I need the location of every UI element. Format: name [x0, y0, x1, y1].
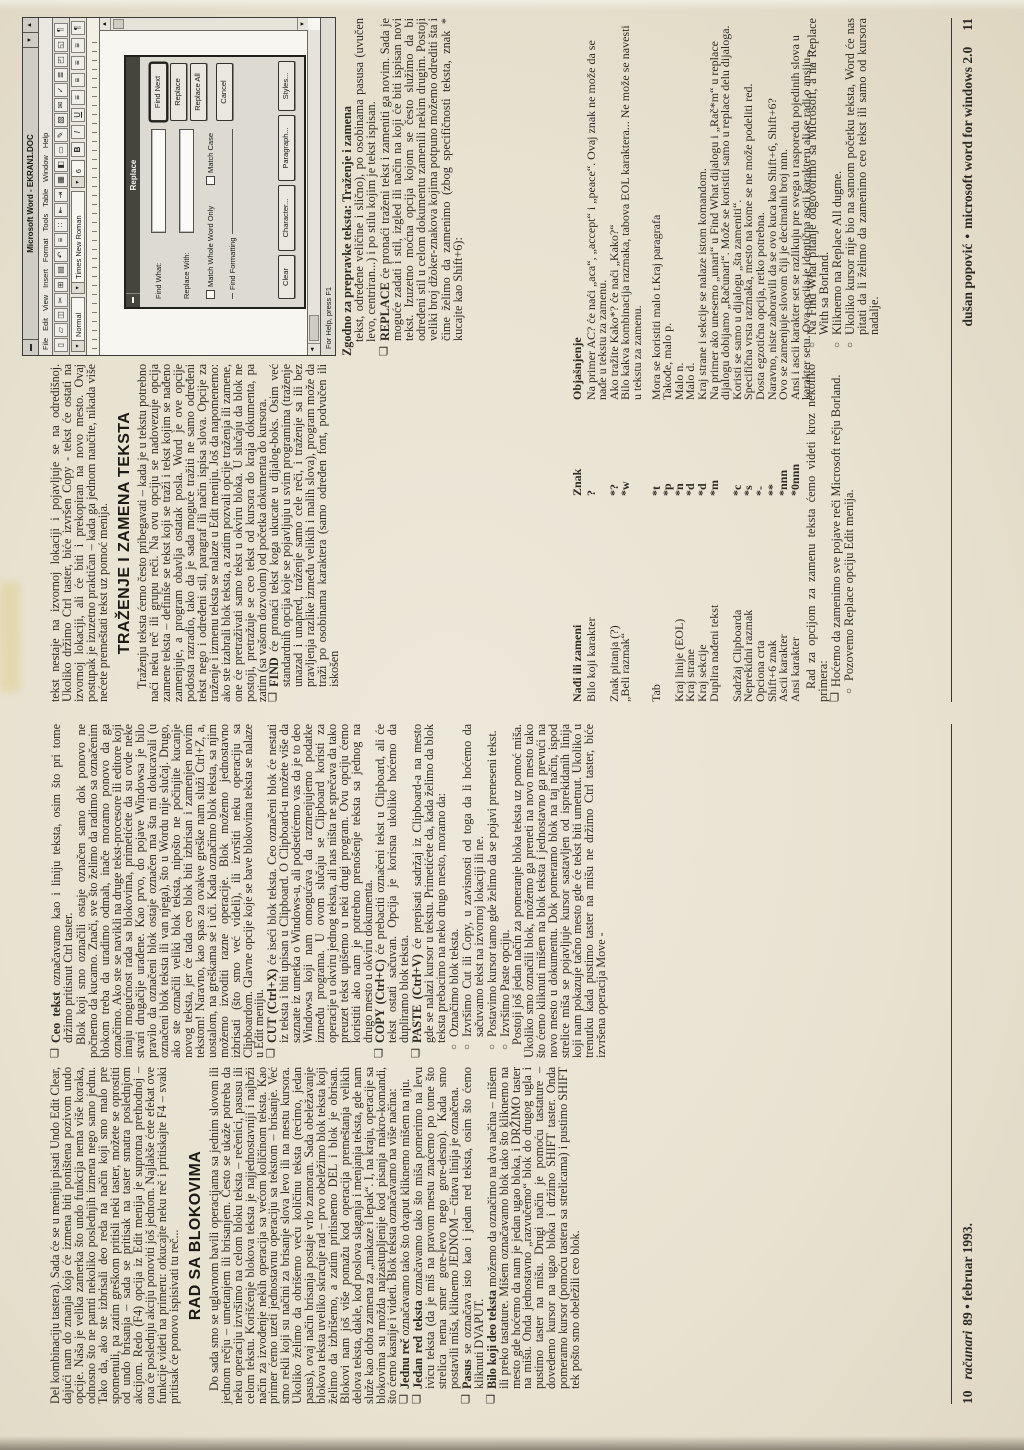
- page-number: 10: [960, 1391, 975, 1405]
- dropdown-arrow-icon[interactable]: ▾: [72, 282, 84, 293]
- graph-icon[interactable]: ▧: [54, 113, 68, 127]
- cell-desc: Bilo kakva kombinacija razmaka, tabova E…: [620, 18, 643, 400]
- numbered-list-icon[interactable]: ≡: [54, 233, 68, 247]
- square-bullet-icon: ❏: [412, 1394, 424, 1404]
- list-item-text: označavamo tako što dvaput kliknemo miše…: [398, 1079, 412, 1336]
- page11-column-1: tekst nestaje na izvornoj lokaciji i poj…: [50, 364, 342, 702]
- menu-help[interactable]: Help: [41, 133, 50, 148]
- window-title-bar: Microsoft Word - EKRAN1.DOC ▼ ▲: [23, 18, 39, 355]
- page10-footer: 10računari89 • februar 1993.: [960, 724, 976, 1404]
- document-area: Replace Find What: Replace With: Match W…: [100, 18, 320, 355]
- replace-dialog: Replace Find What: Replace With: Match W…: [124, 55, 306, 309]
- article-title: microsoft word for windows 2.0: [960, 47, 975, 229]
- bold-button[interactable]: B: [71, 142, 85, 156]
- ribbon-bar: ▾ Normal ▾ Times New Roman ▾ 6 B I U ≡ ≡…: [70, 18, 87, 355]
- step-item: ○ Ukoliko kursor nije bio na samom počet…: [845, 18, 881, 348]
- spelling-icon[interactable]: ✓: [54, 83, 68, 97]
- zoom-100-icon[interactable]: ◰: [54, 53, 68, 67]
- character-button[interactable]: Character...: [278, 185, 295, 251]
- list-item-find: ❏ FIND će pronaći tekst koga ukucate u d…: [269, 364, 340, 702]
- list-item-text: će pronaći tekst koga ukucate u dijalog-…: [267, 364, 341, 687]
- square-bullet-icon: ❏: [374, 1048, 386, 1058]
- underline-button[interactable]: U: [71, 108, 85, 122]
- find-next-button[interactable]: Find Next: [150, 63, 167, 121]
- cell-znak: *c: [732, 404, 744, 496]
- section-heading-trazenje-i-zamena: TRAŽENJE I ZAMENA TEKSTA: [119, 364, 131, 702]
- undo-icon[interactable]: ↶: [54, 248, 68, 262]
- list-item: ❏ Ceo tekst označavamo kao i liniju teks…: [51, 724, 75, 1058]
- section-heading-rad-sa-blokovima: RAD SA BLOKOVIMA: [190, 1067, 202, 1404]
- group-line: [232, 129, 233, 234]
- list-item-cut: ❏ CUT (Ctrl+X) će iseći blok teksta. Ceo…: [267, 724, 374, 1058]
- table-header-row: Nađi ili zameni Znak Objašnjenje: [572, 18, 584, 702]
- style-dropdown[interactable]: ▾ Normal: [71, 297, 85, 352]
- scroll-up-icon[interactable]: ▲: [100, 18, 111, 30]
- align-center-icon[interactable]: ≡: [71, 73, 85, 87]
- cell-desc: Na primer AC? će naći „aca“, „accept“ i …: [586, 18, 609, 400]
- paragraph: tekst nestaje na izvornoj lokaciji i poj…: [50, 364, 110, 702]
- ruler: [87, 18, 100, 355]
- font-size-dropdown[interactable]: ▾ 6: [71, 160, 85, 189]
- step-text: Postavimo kursor tamo gde želimo da se p…: [485, 730, 499, 1037]
- scroll-down-icon[interactable]: ▼: [297, 18, 308, 30]
- footer-rule-page11: [951, 18, 952, 702]
- ruler-ticks: [92, 34, 97, 349]
- table-row: Kraj linije (EOL)*nMalo n.: [674, 18, 686, 702]
- paragraph: Blok koji smo označili ostaje označen sa…: [76, 724, 267, 1058]
- cell-znak: *s: [743, 404, 755, 496]
- match-whole-word-checkbox[interactable]: Match Whole Word Only: [206, 206, 215, 299]
- match-case-checkbox[interactable]: Match Case: [206, 133, 215, 185]
- square-bullet-icon: ❏: [266, 1048, 278, 1058]
- print-icon[interactable]: ≣: [54, 68, 68, 82]
- scrollbar-thumb[interactable]: [309, 315, 319, 341]
- menu-bar: File Edit View Insert Format Tools Table…: [39, 18, 53, 355]
- styles-button[interactable]: Styles...: [278, 61, 295, 111]
- menu-table[interactable]: Table: [41, 189, 50, 207]
- replace-button[interactable]: Replace: [170, 63, 187, 121]
- page-edge-shadow: [0, 1436, 1024, 1450]
- italic-button[interactable]: I: [71, 125, 85, 139]
- circle-bullet-icon: ○: [487, 1044, 499, 1050]
- circle-bullet-icon: ○: [500, 1044, 512, 1050]
- minimize-icon[interactable]: ▼: [23, 33, 38, 48]
- group-line: [232, 293, 233, 299]
- paragraph: Do sada smo se uglavnom bavili operacija…: [209, 1067, 400, 1404]
- envelope-icon[interactable]: ✉: [54, 98, 68, 112]
- drawing-icon[interactable]: ✎: [54, 128, 68, 142]
- list-item-paste: ❏ PASTE (Ctrl+V) će prepisati sadržaj iz…: [412, 724, 448, 1058]
- find-what-label: Find What:: [154, 263, 163, 299]
- style-value: Normal: [74, 310, 83, 340]
- step-text: Na Find What pitanje odgovorimo sa Micro…: [805, 18, 831, 335]
- step-item: ○ Izvršimo Cut ili Copy, u zavisnosti od…: [462, 724, 486, 1050]
- circle-bullet-icon: ○: [844, 688, 856, 694]
- list-item-text: Hoćemo da zamenimo sve pojave reči Micro…: [829, 375, 843, 687]
- page11-examples-left: Rad za opcijom za zamenu teksta ćemo vid…: [806, 364, 857, 702]
- menu-tools[interactable]: Tools: [41, 214, 50, 232]
- cell-label: „Beli razmak“: [620, 500, 643, 702]
- paragraph: Del kombinaciju tastera). Sada će se u m…: [50, 1067, 181, 1404]
- zoom-whole-page-icon[interactable]: ◱: [54, 38, 68, 52]
- dialog-title: Replace: [129, 57, 138, 293]
- checkbox-label: Match Case: [206, 133, 215, 173]
- cell-label: Bilo koji karakter: [586, 500, 609, 702]
- square-bullet-icon: ❏: [411, 1048, 423, 1058]
- page11-examples-right: ○ Na Find What pitanje odgovorimo sa Mic…: [806, 18, 881, 356]
- page10-column-2: ❏ Ceo tekst označavamo kao i liniju teks…: [50, 724, 609, 1058]
- list-item: ❏ Jedan red teksta označavamo tako što m…: [413, 1067, 461, 1404]
- cell-label: Duplira nađeni tekst: [709, 500, 732, 702]
- list-item-text: se označava isto kao i jedan red teksta,…: [460, 1067, 486, 1389]
- cell-desc: Takođe, malo p.: [662, 18, 674, 400]
- paragraph: Traženju teksta ćemo često pribegavati –…: [137, 364, 268, 702]
- square-bullet-icon: ❏: [486, 1394, 498, 1404]
- menu-format[interactable]: Format: [41, 238, 50, 262]
- checkbox-label: Match Whole Word Only: [206, 206, 215, 287]
- replace-with-label: Replace With:: [182, 252, 191, 299]
- step-text: Izvršimo Paste opciju.: [498, 930, 512, 1037]
- menu-insert[interactable]: Insert: [41, 269, 50, 288]
- maximize-icon[interactable]: ▲: [23, 18, 38, 33]
- table-row: Bilo koji karakter?Na primer AC? će naći…: [586, 18, 609, 702]
- step-item: ○ Pozovemo Replace opciju Edit menija.: [844, 364, 856, 694]
- save-icon[interactable]: ◫: [54, 308, 68, 322]
- list-item-text: će iseći blok teksta. Ceo označeni blok …: [265, 724, 374, 1043]
- page-edge-highlight: [0, 0, 1024, 10]
- issue-date: 89 • februar 1993.: [960, 1223, 975, 1326]
- page-number: 11: [960, 18, 975, 31]
- font-size-value: 6: [74, 166, 83, 176]
- magazine-spread: Del kombinaciju tastera). Sada će se u m…: [0, 0, 1024, 1450]
- table-row: *pTakođe, malo p.: [662, 18, 674, 702]
- frame-icon[interactable]: ▭: [54, 143, 68, 157]
- cell-znak: ?: [586, 404, 609, 496]
- horizontal-scrollbar[interactable]: ◄: [307, 30, 320, 355]
- group-label: Find Formatting: [228, 237, 237, 290]
- col-header-znak: Znak: [572, 404, 584, 496]
- menu-view[interactable]: View: [41, 295, 50, 311]
- circle-bullet-icon: ○: [807, 342, 819, 348]
- word-window-screenshot: Microsoft Word - EKRAN1.DOC ▼ ▲ File Edi…: [22, 17, 336, 356]
- copy-icon[interactable]: ⊞: [54, 278, 68, 292]
- replace-with-input[interactable]: [179, 129, 194, 233]
- cut-icon[interactable]: ✂: [54, 293, 68, 307]
- columns-icon[interactable]: ◧: [54, 158, 68, 172]
- square-bullet-icon: ❏: [399, 1394, 411, 1404]
- table-row: Duplira nađeni tekst*mNa primer ako unes…: [709, 18, 732, 702]
- dropdown-arrow-icon[interactable]: ▾: [72, 340, 84, 351]
- magazine-name: računari: [960, 1331, 975, 1380]
- font-value: Times New Roman: [74, 212, 83, 282]
- table-row: „Beli razmak“*wBilo kakva kombinacija ra…: [620, 18, 643, 702]
- step-text: Ukoliko kursor nije bio na samom početku…: [843, 18, 881, 335]
- align-right-icon[interactable]: ≡: [71, 56, 85, 70]
- list-item-text: možemo da označimo na dva načina – mišem…: [485, 1067, 582, 1389]
- open-file-icon[interactable]: ▱: [54, 323, 68, 337]
- circle-bullet-icon: ○: [449, 1044, 461, 1050]
- menu-edit[interactable]: Edit: [41, 318, 50, 331]
- status-text: For Help, press F1: [324, 287, 333, 349]
- wildcard-table: Nađi ili zameni Znak Objašnjenje Bilo ko…: [572, 18, 813, 702]
- font-dropdown[interactable]: ▾ Times New Roman: [71, 191, 85, 294]
- square-bullet-icon: ❏: [268, 692, 280, 702]
- circle-bullet-icon: ○: [832, 342, 844, 348]
- cancel-button[interactable]: Cancel: [216, 63, 233, 121]
- paragraph-marks-icon[interactable]: ¶: [54, 23, 68, 37]
- step-text: Kliknemo na Replace All dugme.: [830, 171, 844, 335]
- square-bullet-icon: ❏: [830, 692, 842, 702]
- list-item-replace: ❏ REPLACE će pronaći traženi tekst i zam…: [379, 18, 464, 356]
- paragraph-button[interactable]: Paragraph...: [278, 115, 295, 181]
- dialog-title-bar: Replace: [126, 57, 140, 307]
- col-header-nadji: Nađi ili zameni: [572, 500, 584, 702]
- bulleted-list-icon[interactable]: ∷: [54, 218, 68, 232]
- unindent-icon[interactable]: ⇤: [54, 203, 68, 217]
- paste-icon[interactable]: ▤: [54, 263, 68, 277]
- list-item-copy: ❏ COPY (Ctrl+C) će prebaciti označeni te…: [375, 724, 411, 1058]
- step-text: Izvršimo Cut ili Copy, u zavisnosti od t…: [460, 724, 486, 1037]
- find-formatting-group: Find Formatting: [228, 129, 237, 299]
- square-bullet-icon: ❏: [461, 1394, 473, 1404]
- list-item-lead: Jednu reč: [398, 1339, 412, 1389]
- replace-all-button[interactable]: Replace All: [190, 63, 207, 121]
- menu-file[interactable]: File: [41, 338, 50, 350]
- paragraph-continuation: tekst, određene veličine i slično), po o…: [353, 18, 377, 356]
- step-text: Pozovemo Replace opciju Edit menija.: [842, 489, 856, 681]
- indent-icon[interactable]: ⇥: [54, 188, 68, 202]
- footer-rule-page10: [951, 724, 952, 1404]
- checkbox-icon[interactable]: [206, 290, 215, 299]
- circle-bullet-icon: ○: [462, 1044, 474, 1050]
- step-item: ○ Izvršimo Paste opciju.: [500, 724, 512, 1050]
- align-justify-icon[interactable]: ≡: [71, 38, 85, 52]
- square-bullet-icon: ❏: [50, 1048, 62, 1058]
- table-icon[interactable]: ▦: [54, 173, 68, 187]
- clear-button[interactable]: Clear: [278, 255, 295, 299]
- page10-column-1: Del kombinaciju tastera). Sada će se u m…: [50, 1067, 583, 1404]
- new-document-icon[interactable]: ▯: [54, 338, 68, 352]
- toolbar: ▯ ▱ ◫ ✂ ⊞ ▤ ↶ ≡ ∷ ⇤ ⇥ ▦ ◧ ▭ ✎ ▧ ✉ ✓ ≣ ◰ …: [53, 18, 70, 355]
- dialog-system-menu-icon[interactable]: [126, 293, 140, 307]
- list-item: ❏ Pasus se označava isto kao i jedan red…: [462, 1067, 486, 1404]
- scan-smudge: [0, 582, 20, 692]
- cell-znak: *-: [755, 404, 767, 496]
- square-bullet-icon: ❏: [378, 346, 390, 356]
- cell-label: Tab: [651, 500, 663, 702]
- cell-desc: Malo n.: [674, 18, 686, 400]
- show-paragraph-icon[interactable]: ¶: [71, 21, 85, 35]
- footer-separator: •: [960, 234, 975, 239]
- dropdown-arrow-icon[interactable]: ▾: [72, 176, 84, 187]
- list-item: ❏ Bilo koji deo teksta možemo da označim…: [487, 1067, 582, 1404]
- paragraph: Postoji još jedan način za pomeranje blo…: [512, 724, 607, 1058]
- scrollbar-thumb[interactable]: [113, 19, 124, 29]
- system-menu-icon[interactable]: [23, 339, 38, 355]
- step-text: Označimo blok teksta.: [447, 929, 461, 1037]
- find-what-input[interactable]: [151, 129, 166, 233]
- page11-column-2: Zgodno za prepravke teksta: Traženje i z…: [341, 18, 465, 356]
- window-title: Microsoft Word - EKRAN1.DOC: [26, 48, 35, 339]
- author-name: dušan popović: [960, 244, 975, 327]
- step-item: ○ Na Find What pitanje odgovorimo sa Mic…: [807, 18, 831, 348]
- paragraph: Rad za opcijom za zamenu teksta ćemo vid…: [806, 364, 830, 702]
- dialog-body: Find What: Replace With: Match Whole Wor…: [140, 57, 300, 307]
- cell-znak: *m: [709, 404, 732, 496]
- circle-bullet-icon: ○: [845, 342, 857, 348]
- vertical-scrollbar[interactable]: ▲ ▼: [100, 18, 308, 31]
- col-header-objasnjenje: Objašnjenje: [572, 18, 584, 400]
- scroll-left-icon[interactable]: ◄: [308, 343, 320, 355]
- status-bar: For Help, press F1: [320, 18, 335, 355]
- menu-window[interactable]: Window: [41, 155, 50, 182]
- cell-znak: *w: [620, 404, 643, 496]
- cell-desc: Na primer ako unesemo „unari“ u Find Wha…: [709, 18, 732, 400]
- page11-footer: dušan popović•microsoft word for windows…: [960, 18, 976, 702]
- list-item-text: će pronaći traženi tekst i zameniti ga n…: [378, 18, 465, 341]
- checkbox-icon[interactable]: [206, 176, 215, 185]
- align-left-icon[interactable]: ≡: [71, 90, 85, 104]
